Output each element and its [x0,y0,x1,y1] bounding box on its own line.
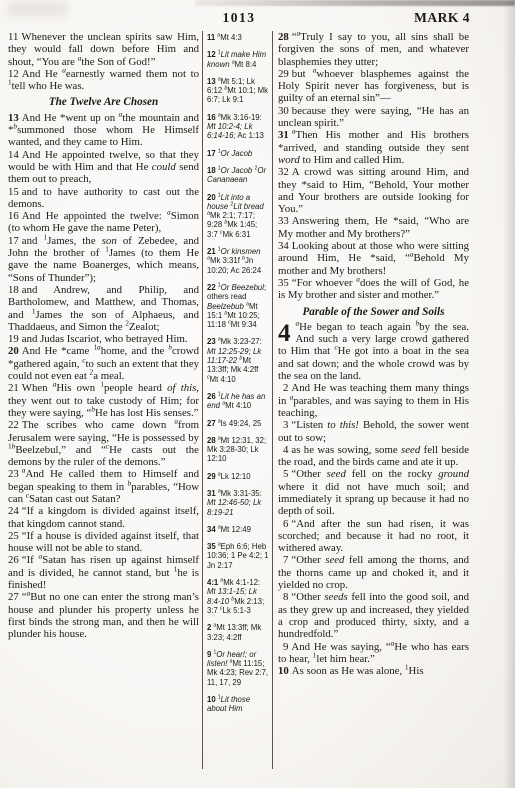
verse: 7“Other seed fell among the thorns, and … [278,554,469,591]
footnote-marker: a [410,250,414,259]
verse-number: 21 [8,382,19,394]
verse: 13And He *went up on athe mountain and *… [8,112,199,149]
footnote-marker: a [296,318,300,327]
verse-number: 22 [8,419,19,431]
verse-number: 15 [8,186,19,198]
footnote-marker: a [22,466,26,475]
footnote-marker: a [207,256,210,262]
cross-reference-note: 11aMt 4:3 [207,33,269,42]
cross-reference-note: 91Or hear!; or listen! aMt 11:15; Mk 4:2… [207,650,269,687]
left-text-column: 11Whenever the unclean spirits saw Him, … [8,31,199,641]
verse: 16And He appointed the twelve: aSimon (t… [8,210,199,235]
scan-artifact-page-edge [503,0,515,788]
footnote-marker: 2 [90,367,94,376]
verse-number: 34 [278,240,289,252]
verse-number: 20 [8,345,19,357]
verse-number: 30 [278,105,289,117]
footnote-marker: a [62,65,66,74]
note-verse-number: 26 [207,392,216,401]
footnote-marker: 1 [105,244,109,253]
verse: 5“Other seed fell on the rocky ground wh… [278,468,469,517]
footnote-marker: 1 [313,650,317,659]
verse-number: 5 [283,468,288,480]
verse: 31aThen His mother and His brothers *arr… [278,129,469,166]
footnote-marker: a [78,53,82,62]
note-verse-number: 29 [207,472,216,481]
footnote-marker: b [224,86,227,92]
footnote-marker: c [334,343,337,352]
note-verse-number: 28 [207,436,216,445]
footnote-marker: a [290,392,294,401]
footnote-marker: c [207,374,210,380]
verse-number: 11 [8,31,18,43]
verse-number: 23 [8,468,19,480]
note-verse-number: 10 [207,695,216,704]
verse: 6“And after the sun had risen, it was sc… [278,518,469,555]
note-verse-number: 34 [207,525,216,534]
footnote-marker: b [12,441,16,450]
verse-number: 10 [278,665,289,677]
footnote-marker: a [232,59,235,65]
verse-number: 7 [283,554,288,566]
footnote-marker: 1 [405,663,409,672]
cross-reference-note: 121Lit make Him known aMt 8:4 [207,50,269,69]
footnote-marker: a [167,208,171,217]
footnote-marker: a [213,623,216,629]
note-verse-number: 11 [207,33,215,42]
note-verse-number: 4:1 [207,578,218,587]
verse-number: 19 [8,333,19,345]
running-head: MARK 4 [414,10,470,26]
verse-number: 18 [8,284,19,296]
cross-reference-note: 27aIs 49:24, 25 [207,419,269,428]
footnote-marker: a [246,301,249,307]
footnote-marker: b [168,343,172,352]
verse-number: 27 [8,591,19,603]
page-header: 1013 MARK 4 [8,10,470,27]
footnote-marker: a [218,418,221,424]
verse: 8“Other seeds fell into the good soil, a… [278,591,469,640]
text-columns: 11Whenever the unclean spirits saw Him, … [8,31,470,769]
note-verse-number: 21 [207,247,216,256]
footnote-marker: a [27,589,31,598]
footnote-marker: 1 [44,232,48,241]
verse: 17and 1James, the son of Zebedee, and Jo… [8,235,199,284]
verse: 26“If aSatan has risen up against himsel… [8,554,199,591]
note-verse-number: 31 [207,489,216,498]
note-verse-number: 12 [207,50,216,59]
footnote-marker: b [416,318,420,327]
footnote-marker: b [242,256,245,262]
footnote-marker: a [119,109,123,118]
footnote-marker: c [26,490,29,499]
footnote-marker: a [53,380,57,389]
footnote-marker: c [228,320,231,326]
note-verse-number: 17 [207,149,216,158]
note-verse-number: 23 [207,337,216,346]
cross-reference-note: 171Or Jacob [207,149,269,158]
footnote-marker: a [39,552,43,561]
footnote-marker: a [218,471,221,477]
footnote-marker: a [297,28,301,37]
cross-reference-note: 16aMk 3:16-19: Mt 10:2-4; Lk 6:14-16; Ac… [207,113,269,141]
note-verse-number: 2 [207,623,211,632]
footnote-marker: a [218,337,221,343]
section-heading: The Twelve Are Chosen [8,96,199,108]
verse: 9And He was saying, “aHe who has ears to… [278,641,469,666]
cross-reference-note: 4:1aMk 4:1-12: Mt 13:1-15; Lk 8:4-10 bMk… [207,578,269,615]
scan-artifact-top-streak [195,0,515,6]
bible-page: 1013 MARK 4 11Whenever the unclean spiri… [0,0,515,788]
verse: 20And He *came 1ahome, and the bcrowd *g… [8,345,199,382]
cross-reference-note: 29aLk 12:10 [207,472,269,481]
verse: 18and Andrew, and Philip, and Bartholome… [8,284,199,333]
verse: 25“If a house is divided against itself,… [8,530,199,555]
cross-reference-note: 34aMt 12:49 [207,525,269,534]
verse: 23aAnd He called them to Himself and beg… [8,468,199,505]
footnote-marker: b [127,478,131,487]
verse-number: 25 [8,530,19,542]
note-verse-number: 20 [207,193,216,202]
footnote-marker: a [218,435,221,441]
footnote-marker: 1 [174,564,178,573]
chapter-number: 4 [278,323,291,345]
footnote-marker: a [220,577,223,583]
cross-reference-note: 23aMk 3:23-27: Mt 12:25-29; Lk 11:17-22 … [207,337,269,383]
note-verse-number: 16 [207,113,216,122]
verse-number: 2 [283,382,288,394]
note-verse-number: 27 [207,419,216,428]
verse-number: 31 [278,129,289,141]
verse-number: 17 [8,235,19,247]
verse: 32A crowd was sitting around Him, and th… [278,166,469,215]
footnote-marker: a [218,112,221,118]
cross-reference-note: 211Or kinsmen aMk 3:31f bJn 10:20; Ac 26… [207,247,269,275]
verse: 34Looking about at those who were sittin… [278,240,469,277]
footnote-marker: b [224,220,227,226]
footnote-marker: 2 [125,318,129,327]
verse: 15and to have authority to cast out the … [8,186,199,211]
verse-number: 33 [278,215,289,227]
cross-reference-note: 31aMk 3:31-35: Mt 12:46-50; Lk 8:19-21 [207,489,269,517]
footnote-marker: c [106,441,109,450]
verse: 30because they were saying, “He has an u… [278,105,469,130]
footnote-marker: 1 [100,380,104,389]
verse-number: 6 [283,518,288,530]
note-verse-number: 35 [207,542,216,551]
footnote-marker: a [222,401,225,407]
note-verse-number: 9 [207,650,211,659]
footnote-marker: a [218,542,221,548]
verse-number: 35 [278,277,289,289]
footnote-marker: b [239,355,242,361]
cross-reference-note: 261Lit he has an end aMt 4:10 [207,392,269,411]
verse: 27“aBut no one can enter the strong man’… [8,591,199,640]
cross-reference-note: 221Or Beezebul; others read Beelzebub aM… [207,283,269,329]
cross-reference-note: 35aEph 6:6; Heb 10:36; 1 Pe 4:2; 1 Jn 2:… [207,542,269,570]
cross-reference-note: 181Or Jacob 2Or Cananaean [207,166,269,185]
verse: 2And He was teaching them many things in… [278,382,469,419]
verse: 3“Listen to this! Behold, the sower went… [278,419,469,444]
footnote-marker: a [218,488,221,494]
footnote-marker: c [82,355,85,364]
verse-number: 24 [8,505,19,517]
note-verse-number: 13 [207,77,216,86]
note-verse-number: 22 [207,283,216,292]
page-content: 1013 MARK 4 11Whenever the unclean spiri… [8,10,470,769]
footnote-marker: a [313,65,317,74]
footnote-marker: a [218,76,221,82]
verse-number: 26 [8,554,19,566]
cross-reference-note: 13aMt 5:1; Lk 6:12 bMt 10:1; Mk 6:7; Lk … [207,77,269,105]
verse: 12And He aearnestly warned them not to 1… [8,68,199,93]
verse-number: 9 [283,641,288,653]
verse: 28“aTruly I say to you, all sins shall b… [278,31,469,68]
verse-number: 8 [283,591,288,603]
page-number: 1013 [8,10,470,26]
verse-number: 16 [8,210,19,222]
verse: 29but awhoever blasphemes against the Ho… [278,68,469,105]
verse-number: 28 [278,31,289,43]
footnote-marker: a [356,274,360,283]
footnote-marker: c [220,229,223,235]
verse: 4as he was sowing, some seed fell beside… [278,444,469,469]
verse: 21When aHis own 1people heard of this, t… [8,382,199,419]
footnote-marker: 1 [8,78,12,87]
verse-number: 29 [278,68,289,80]
chapter-opening-verse: 4aHe began to teach again bby the sea. A… [278,321,469,382]
footnote-marker: a [292,127,296,136]
footnote-marker: a [218,524,221,530]
verse-number: 14 [8,149,19,161]
section-heading: Parable of the Sower and Soils [278,306,469,318]
cross-reference-note: 201Lit into a house 2Lit bread aMk 2:1; … [207,193,269,239]
footnote-marker: a [207,211,210,217]
verse-number: 32 [278,166,289,178]
footnote-marker: a [217,32,220,38]
right-text-column: 28“aTruly I say to you, all sins shall b… [278,31,469,677]
footnote-marker: a [174,417,178,426]
footnote-marker: 1 [32,306,36,315]
verse: 11Whenever the unclean spirits saw Him, … [8,31,199,68]
verse: 33Answering them, He *said, “Who are My … [278,215,469,240]
cross-reference-column: 11aMt 4:3121Lit make Him known aMt 8:413… [202,31,273,769]
verse-number: 3 [283,419,288,431]
verse: 14And He appointed twelve, so that they … [8,149,199,186]
cross-reference-note: 2aMt 13:3ff; Mk 3:23; 4:2ff [207,623,269,642]
footnote-marker: c [220,605,223,611]
footnote-marker: b [231,596,234,602]
verse: 10As soon as He was alone, 1His [278,665,469,677]
verse: 24“If a kingdom is divided against itsel… [8,505,199,530]
verse: 35“For whoever adoes the will of God, he… [278,277,469,302]
verse: 22The scribes who came down afrom Jerusa… [8,419,199,468]
note-verse-number: 18 [207,166,216,175]
verse-number: 4 [283,444,288,456]
cross-reference-note: 101Lit those about Him [207,695,269,714]
footnote-marker: a [97,343,101,352]
footnote-marker: a [391,638,395,647]
footnote-marker: a [230,659,233,665]
footnote-marker: b [13,121,17,130]
footnote-marker: b [224,310,227,316]
footnote-marker: b [91,404,95,413]
cross-reference-note: 28aMt 12:31, 32; Mk 3:28-30; Lk 12:10 [207,436,269,464]
